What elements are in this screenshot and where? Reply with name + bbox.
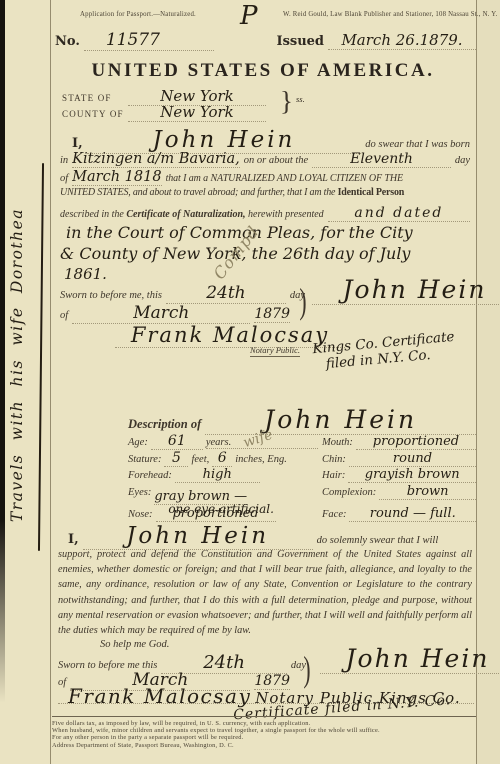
jurat2-of-label: of: [58, 677, 66, 688]
applicant-name: John Hein: [87, 127, 362, 154]
footer-line-2: When husband, wife, minor children and s…: [52, 727, 476, 734]
document-number-field: 11577: [84, 30, 214, 51]
notary-signature-1: Frank Malocsay: [115, 323, 345, 348]
birthplace-field: Kitzingen a/m Bavaria,: [72, 151, 240, 168]
issue-date-field: March 26.1879.: [328, 31, 476, 50]
footer-fine-print: Five dollars tax, as imposed by law, wil…: [52, 716, 476, 749]
statement-paragraph: I, John Hein do swear that I was born in…: [60, 127, 470, 283]
footer-line-4: Address Department of State, Passport Bu…: [52, 742, 476, 749]
certificate-post: herewith presented: [248, 209, 324, 220]
statement-day: day: [455, 155, 470, 166]
notary-signature-2: Frank Malocsay: [68, 684, 251, 708]
applicant-signature-2: John Hein: [320, 644, 500, 674]
complexion-label: Complexion:: [322, 487, 376, 498]
form-type-label: Application for Passport.—Naturalized.: [80, 11, 196, 18]
clerk-mark: P: [240, 1, 258, 31]
stature-label: Stature:: [128, 454, 161, 465]
left-rule-line: [50, 0, 51, 764]
jurat-1: Sworn to before me, this 24th day of Mar…: [60, 283, 470, 348]
identical-person-line: UNITED STATES, and about to travel abroa…: [60, 187, 404, 198]
jurat1-sworn-label: Sworn to before me, this: [60, 290, 162, 301]
certificate-line: described in the Certificate of Naturali…: [60, 209, 324, 220]
venue-brace: }: [280, 86, 293, 117]
certificate-bold: Certificate of Naturalization,: [126, 209, 245, 220]
issued-label: Issued: [276, 34, 324, 49]
forehead-label: Forehead:: [128, 470, 172, 481]
jurat1-year-field: 1879: [254, 306, 290, 323]
footer-line-3: For any other person in the party a sepa…: [52, 734, 476, 741]
age-label: Age:: [128, 437, 148, 448]
jurat-2: Sworn to before me this 24th day of Marc…: [58, 652, 474, 715]
footer-line-1: Five dollars tax, as imposed by law, wil…: [52, 720, 476, 727]
stature-inches-field: 6: [212, 450, 232, 467]
description-name: John Hein: [205, 405, 476, 435]
inches-label: inches, Eng.: [235, 454, 287, 465]
hair-label: Hair:: [322, 470, 345, 481]
publisher-label: W. Reid Gould, Law Blank Publisher and S…: [283, 11, 497, 18]
nose-label: Nose:: [128, 509, 153, 520]
identical-person-bold: Identical Person: [338, 187, 405, 198]
chin-field: round: [349, 451, 476, 467]
forehead-field: high: [175, 467, 260, 483]
jurat2-year-field: 1879: [254, 673, 290, 690]
feet-label: feet,: [191, 454, 209, 465]
statement-i: I,: [72, 136, 83, 151]
face-field: round — full.: [349, 506, 476, 522]
jurat1-day-field: 24th: [166, 283, 286, 304]
number-issued-row: No. 11577 Issued March 26.1879.: [55, 30, 476, 51]
identical-person-text: UNITED STATES, and about to travel abroa…: [60, 187, 335, 198]
oath-section: I, John Hein do solemnly swear that I wi…: [58, 523, 472, 650]
oath-i: I,: [68, 532, 79, 547]
hair-field: grayish brown: [348, 467, 476, 483]
notary-public-label: Notary Public.: [250, 345, 300, 357]
description-label: Description of: [128, 417, 201, 432]
age-field: 61: [151, 433, 203, 450]
chin-label: Chin:: [322, 454, 346, 465]
document-title: UNITED STATES OF AMERICA.: [50, 60, 476, 82]
face-label: Face:: [322, 509, 346, 520]
dated-field: and dated: [328, 205, 470, 222]
complexion-field: brown: [379, 484, 476, 500]
birth-day-field: Eleventh: [312, 151, 451, 168]
birth-date-field: March 1818: [72, 169, 161, 186]
description-section: Description of John Hein wife Age: 61 ye…: [128, 405, 476, 523]
margin-note: Travels with his wife Dorothea: [8, 172, 26, 558]
county-label: County of: [62, 109, 124, 119]
scan-edge-band: [0, 0, 5, 764]
margin-stroke-line: [38, 163, 44, 551]
citizen-line: that I am a NATURALIZED AND LOYAL CITIZE…: [166, 173, 403, 184]
venue-block: State of New York County of New York } s…: [62, 87, 302, 119]
nose-field: proportioned: [156, 506, 276, 522]
court-line-1: in the Court of Common Pleas, for the Ci…: [60, 223, 470, 244]
statement-in: in: [60, 155, 68, 166]
certificate-pre: described in the: [60, 209, 124, 220]
statement-after-name: do swear that I was born: [365, 139, 470, 150]
document-number-label: No.: [55, 34, 80, 49]
ss-label: ss.: [296, 94, 305, 104]
mouth-field: proportioned: [356, 434, 476, 450]
passport-application-document: Travels with his wife Dorothea Applicati…: [0, 0, 500, 764]
court-line-2: & County of New York, the 26th day of Ju…: [60, 244, 470, 265]
statement-of: of: [60, 173, 68, 184]
jurat1-bracket: ): [299, 280, 306, 322]
oath-body: support, protect and defend the Constitu…: [58, 547, 472, 638]
oath-name: John Hein: [83, 523, 313, 550]
jurat1-of-label: of: [60, 310, 68, 321]
oath-lead: do solemnly swear that I will: [317, 535, 439, 546]
jurat1-month-field: March: [72, 303, 250, 324]
county-field: New York: [128, 103, 266, 122]
statement-about: on or about the: [244, 155, 308, 166]
state-label: State of: [62, 93, 124, 103]
jurat2-bracket: ): [303, 648, 310, 690]
mouth-label: Mouth:: [322, 437, 353, 448]
stature-feet-field: 5: [164, 450, 188, 467]
applicant-signature-1: John Hein: [312, 275, 500, 305]
eyes-label: Eyes:: [128, 487, 151, 498]
